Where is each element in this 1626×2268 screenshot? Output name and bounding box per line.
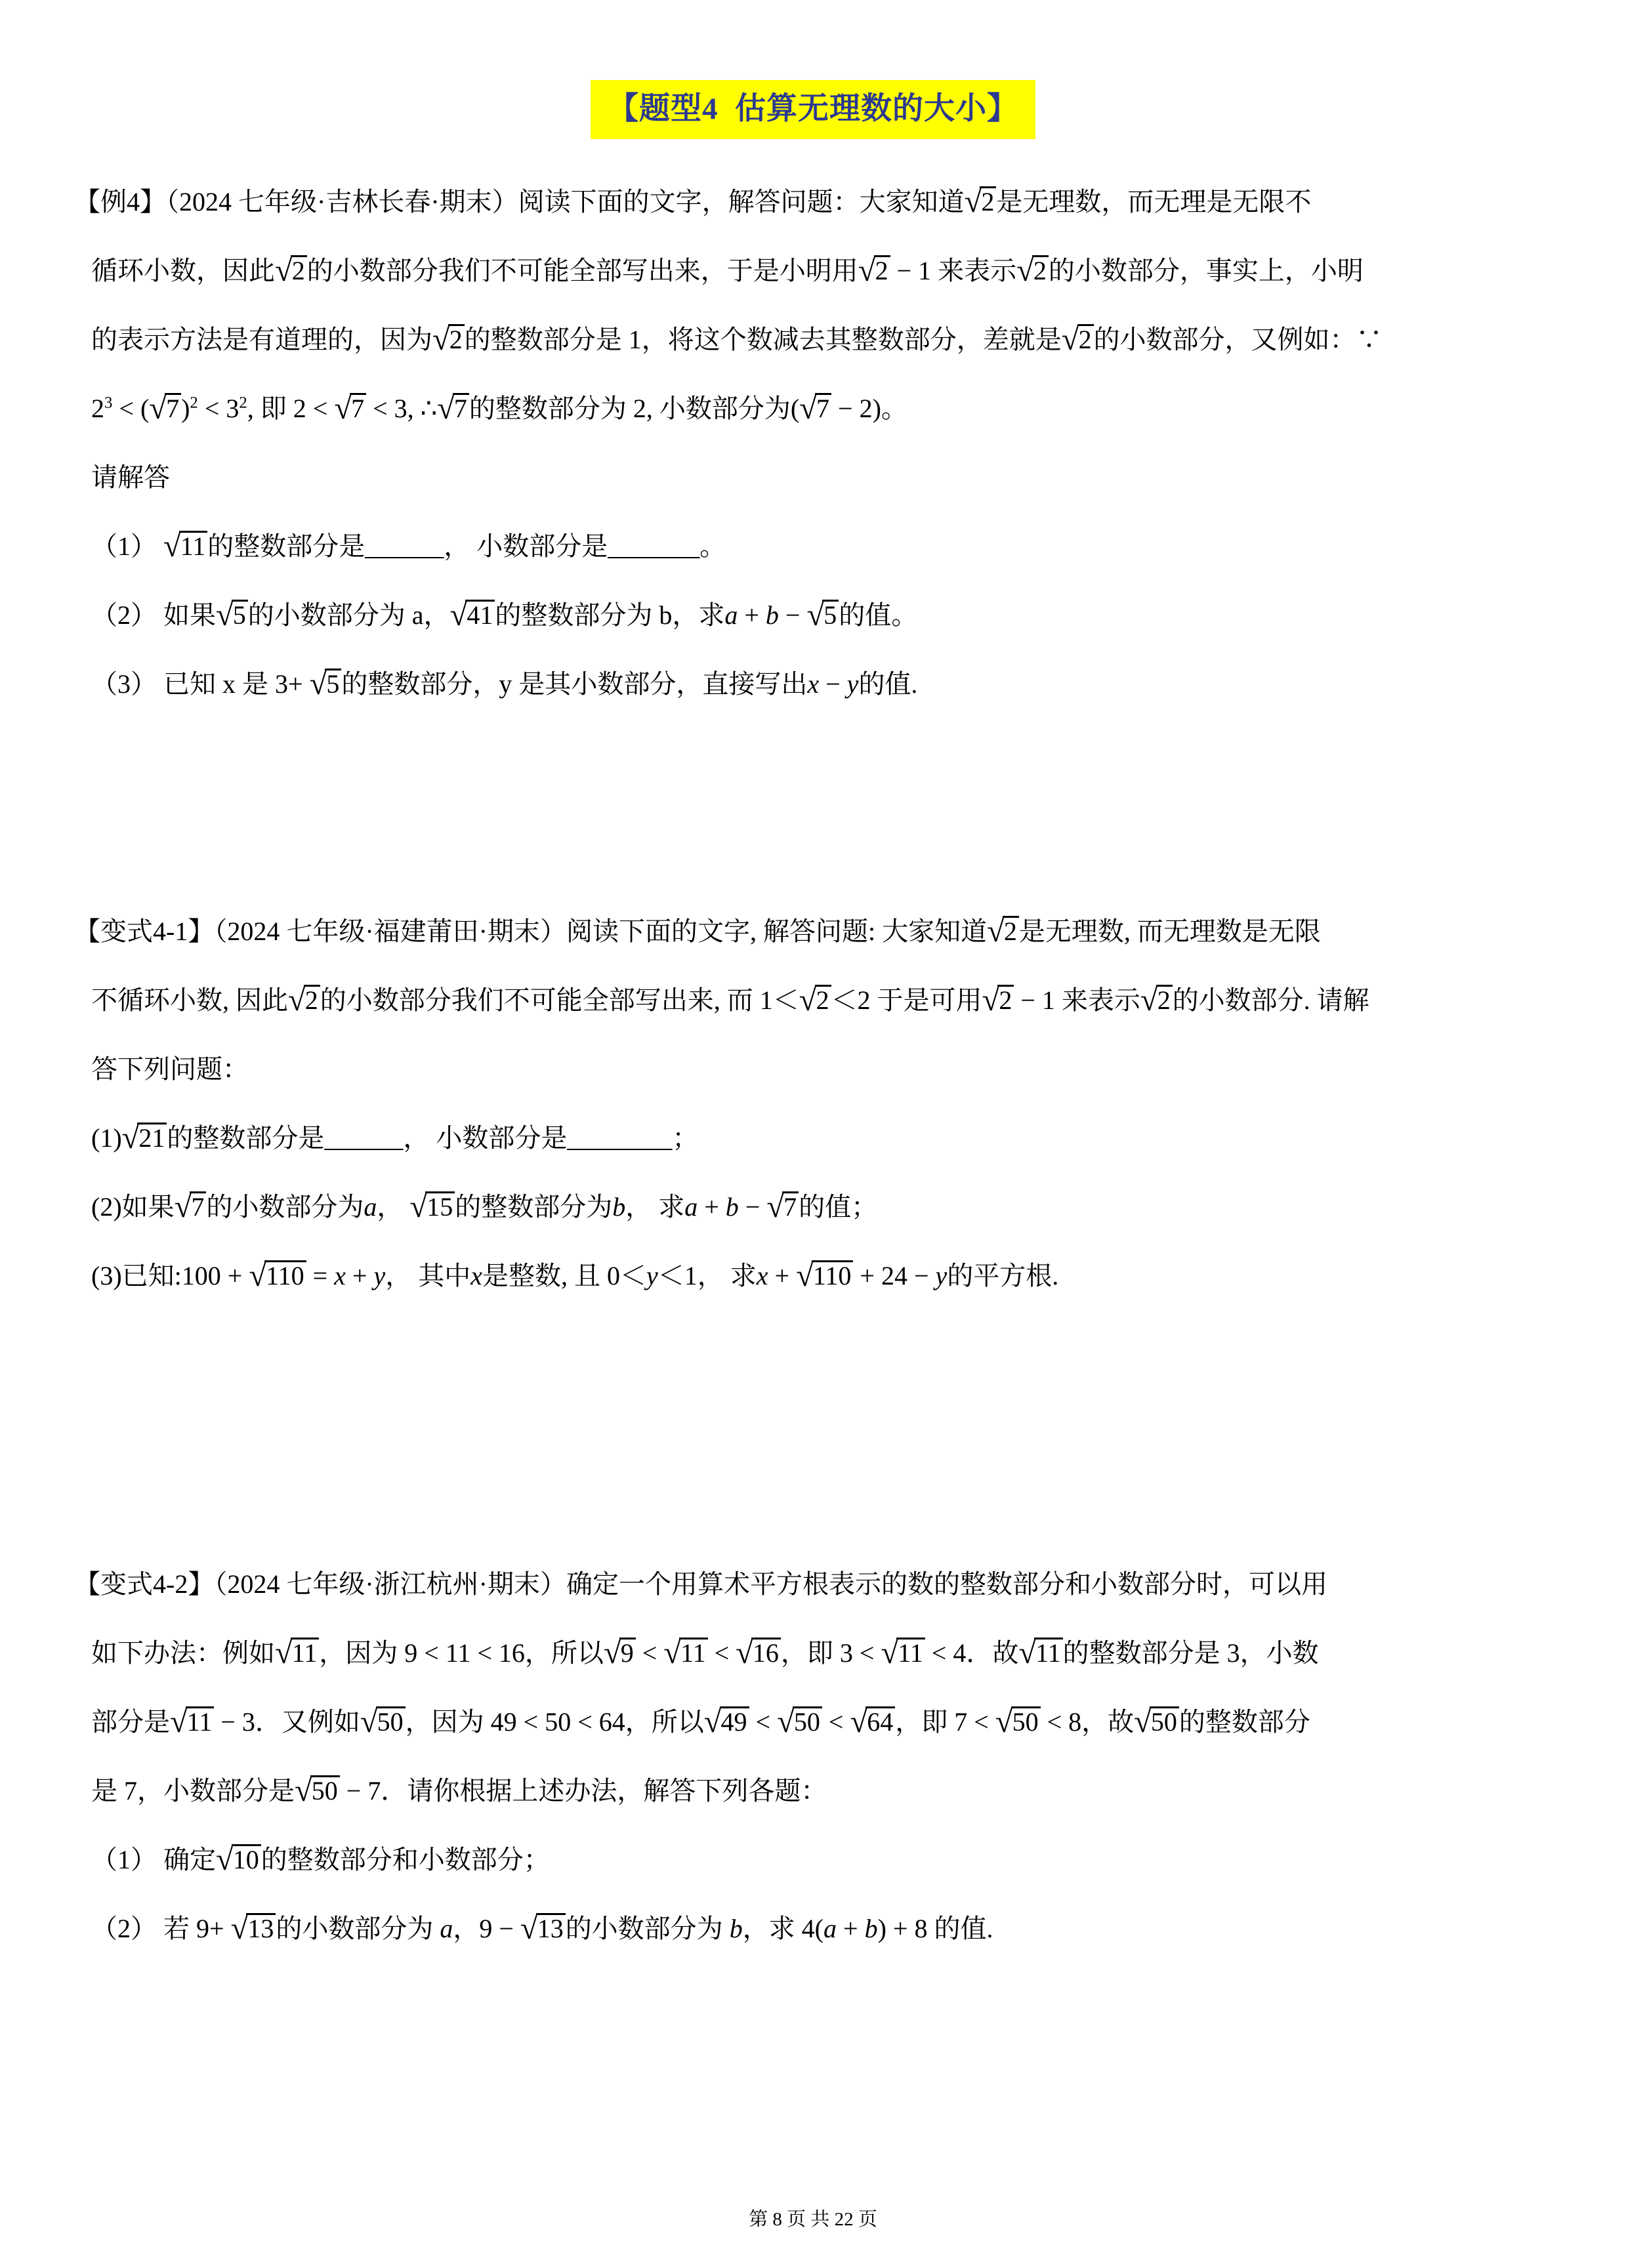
radical: √13 [231,1914,276,1943]
radicand: 50 [310,1775,340,1805]
radicand: 9 [619,1638,636,1667]
radicand: 7 [350,393,366,423]
math-variable: x [334,1261,346,1290]
radical: √110 [249,1261,306,1290]
radical: √2 [987,917,1019,946]
section-title: 【题型4 估算无理数的大小】 [591,80,1035,139]
radicand: 2 [304,985,320,1014]
math-variable: y [374,1261,386,1290]
radicand: 50 [793,1706,822,1736]
page-footer: 第 8 页 共 22 页 [0,2204,1626,2231]
text-line: 【变式4-1】（2024 七年级·福建莆田·期末）阅读下面的文字, 解答问题: … [74,897,1554,966]
math-variable: b [865,1914,878,1943]
radical: √7 [799,394,831,423]
radicand: 2 [291,255,307,285]
text-line: （3） 已知 x 是 3+ √5的整数部分，y 是其小数部分，直接写出x − y… [74,649,1554,718]
radical: √110 [796,1261,853,1290]
text-line: （2） 如果√5的小数部分为 a，√41的整数部分为 b，求a + b − √5… [74,581,1554,649]
math-variable: y [936,1261,948,1290]
radicand: 11 [896,1638,925,1667]
math-variable: b [726,1192,739,1222]
radicand: 5 [232,600,248,629]
radical: √5 [806,600,839,630]
radical: √7 [175,1192,207,1222]
radical: √11 [170,1707,214,1737]
radicand: 7 [190,1191,206,1221]
text-line: 不循环小数, 因此√2的小数部分我们不可能全部写出来, 而 1＜√2＜2 于是可… [74,966,1554,1035]
radical: √41 [450,600,495,630]
radical: √2 [858,256,890,285]
radicand: 2 [1032,255,1049,285]
text-line: 23 < (√7)2 < 32, 即 2 < √7 < 3, ∴√7的整数部分为… [74,374,1554,443]
problem-variant-4-2: 【变式4-2】（2024 七年级·浙江杭州·期末）确定一个用算术平方根表示的数的… [74,1550,1554,1963]
radical: √2 [275,256,307,285]
radical: √15 [409,1192,455,1222]
problem-example-4: 【例4】（2024 七年级·吉林长春·期末）阅读下面的文字，解答问题：大家知道√… [74,167,1554,718]
math-variable: x [757,1261,768,1290]
math-variable: b [612,1192,625,1222]
radical: √9 [604,1638,636,1668]
radicand: 15 [425,1191,455,1221]
radicand: 5 [822,600,839,629]
radical: √2 [1016,256,1049,285]
text-line: 答下列问题： [74,1035,1554,1103]
radicand: 16 [751,1638,781,1667]
radicand: 7 [453,393,469,423]
math-variable: y [646,1261,658,1290]
radical: √50 [995,1707,1041,1737]
radical: √11 [163,531,207,561]
radicand: 2 [980,186,996,216]
radical: √2 [1062,325,1094,354]
math-variable: a [724,600,738,630]
title-row: 【题型4 估算无理数的大小】 [0,80,1626,139]
text-line: （2） 若 9+ √13的小数部分为 a，9 − √13的小数部分为 b，求 4… [74,1894,1554,1963]
radical: √2 [799,985,831,1015]
radicand: 7 [782,1191,799,1221]
radicand: 10 [232,1844,261,1874]
radical: √7 [766,1192,799,1222]
radicand: 50 [1150,1706,1179,1736]
radical: √13 [520,1914,566,1943]
radicand: 64 [865,1706,895,1736]
math-variable: a [440,1914,453,1943]
superscript: 2 [190,394,198,412]
radicand: 49 [720,1706,749,1736]
worksheet-page: 【题型4 估算无理数的大小】 【例4】（2024 七年级·吉林长春·期末）阅读下… [0,0,1626,2268]
radicand: 11 [179,531,208,560]
math-variable: a [823,1914,837,1943]
text-line: （1） 确定√10的整数部分和小数部分； [74,1825,1554,1894]
radicand: 2 [997,985,1014,1014]
radicand: 11 [1034,1638,1063,1667]
math-variable: x [470,1261,482,1290]
text-line: 部分是√11 − 3．又例如√50，因为 49 < 50 < 64，所以√49 … [74,1687,1554,1756]
radicand: 5 [325,669,341,698]
text-line: 【例4】（2024 七年级·吉林长春·期末）阅读下面的文字，解答问题：大家知道√… [74,167,1554,236]
radicand: 7 [165,393,181,423]
radical: √2 [1140,985,1173,1015]
radicand: 2 [1156,985,1173,1014]
radicand: 13 [536,1913,566,1943]
radicand: 110 [264,1260,306,1290]
radicand: 11 [186,1706,215,1736]
radical: √7 [334,394,366,423]
radical: √5 [310,669,342,699]
math-variable: y [847,669,859,699]
radical: √21 [122,1123,167,1153]
radicand: 50 [376,1706,406,1736]
radicand: 2 [874,255,890,285]
math-variable: b [766,600,779,630]
radical: √50 [360,1707,406,1737]
radical: √11 [663,1638,707,1668]
text-line: 请解答 [74,443,1554,512]
radicand: 41 [465,600,495,629]
radical: √11 [1018,1638,1062,1668]
radical: √11 [881,1638,925,1668]
text-line: 的表示方法是有道理的，因为√2的整数部分是 1，将这个数减去其整数部分，差就是√… [74,305,1554,374]
radical: √2 [288,985,320,1015]
radical: √16 [736,1638,781,1668]
radical: √50 [295,1776,340,1805]
radical: √11 [275,1638,319,1668]
radical: √7 [149,394,181,423]
radical: √64 [850,1707,895,1737]
radicand: 50 [1011,1706,1041,1736]
radical: √50 [777,1707,822,1737]
text-line: 【变式4-2】（2024 七年级·浙江杭州·期末）确定一个用算术平方根表示的数的… [74,1550,1554,1619]
math-variable: b [730,1914,743,1943]
superscript: 3 [104,394,112,412]
radicand: 2 [1003,916,1019,945]
radicand: 21 [137,1123,167,1152]
text-line: （1） √11的整数部分是______， 小数部分是_______。 [74,512,1554,581]
text-line: (2)如果√7的小数部分为a， √15的整数部分为b， 求a + b − √7的… [74,1172,1554,1241]
radical: √49 [704,1707,749,1737]
math-variable: a [364,1192,377,1222]
radical: √2 [982,985,1014,1015]
text-line: 如下办法：例如√11，因为 9 < 11 < 16，所以√9 < √11 < √… [74,1619,1554,1687]
radical: √2 [965,187,997,216]
radical: √5 [216,600,248,630]
radical: √2 [432,325,465,354]
radicand: 110 [812,1260,854,1290]
text-line: (3)已知:100 + √110 = x + y， 其中x是整数, 且 0＜y＜… [74,1241,1554,1310]
math-variable: x [807,669,819,699]
radical: √10 [216,1845,261,1874]
radicand: 11 [291,1638,320,1667]
problem-variant-4-1: 【变式4-1】（2024 七年级·福建莆田·期末）阅读下面的文字, 解答问题: … [74,897,1554,1310]
radicand: 2 [815,985,831,1014]
radical: √50 [1134,1707,1179,1737]
radicand: 7 [815,393,831,423]
radicand: 11 [679,1638,708,1667]
text-line: 是 7，小数部分是√50 − 7．请你根据上述办法，解答下列各题： [74,1756,1554,1825]
text-line: (1)√21的整数部分是______， 小数部分是________； [74,1103,1554,1172]
math-variable: a [684,1192,698,1222]
radicand: 2 [1077,324,1094,354]
radicand: 2 [448,324,465,354]
text-line: 循环小数，因此√2的小数部分我们不可能全部写出来，于是小明用√2 − 1 来表示… [74,236,1554,305]
superscript: 2 [239,394,247,412]
radical: √7 [437,394,469,423]
radicand: 13 [246,1913,276,1943]
